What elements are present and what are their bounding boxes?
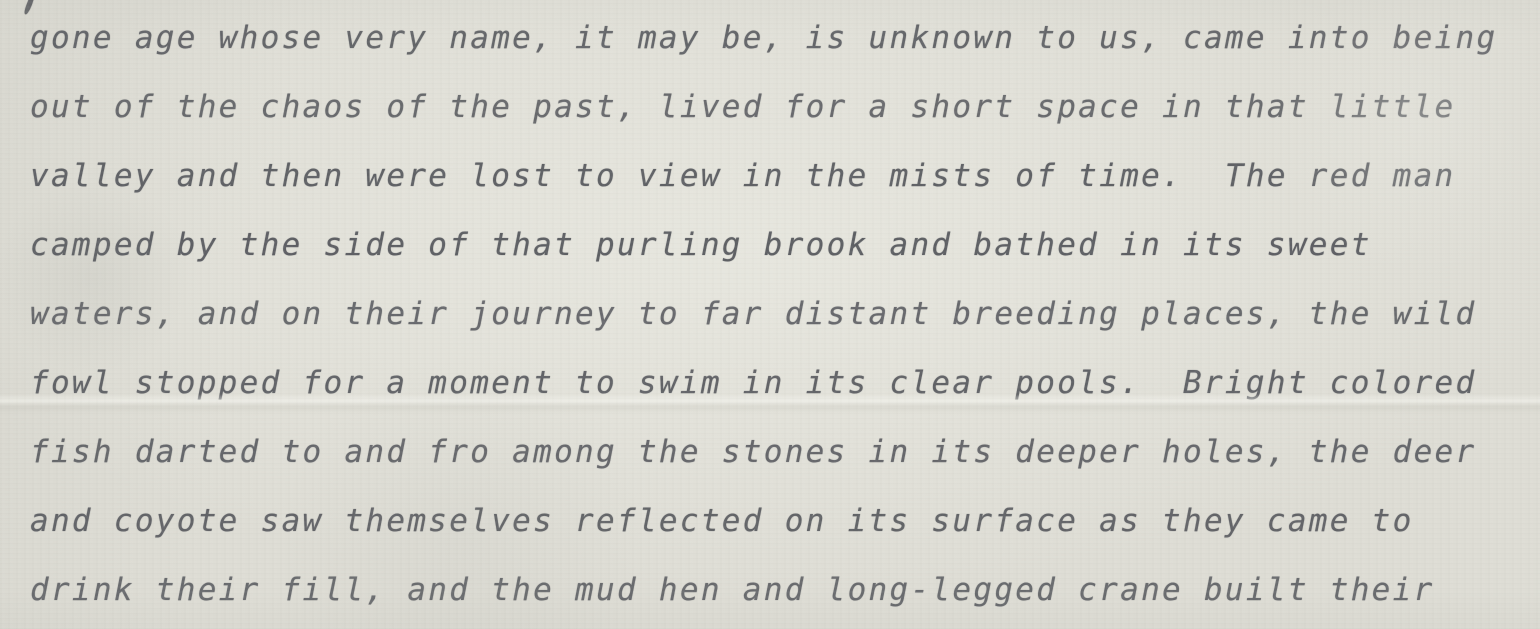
typewritten-line: out of the chaos of the past, lived for … (30, 73, 1497, 142)
typewritten-line: waters, and on their journey to far dist… (30, 280, 1497, 349)
text-block: gone age whose very name, it may be, is … (30, 4, 1497, 625)
typewritten-line: camped by the side of that purling brook… (30, 211, 1497, 280)
typewritten-line: drink their fill, and the mud hen and lo… (30, 556, 1497, 625)
typewritten-line: and coyote saw themselves reflected on i… (30, 487, 1497, 556)
typewritten-line: valley and then were lost to view in the… (30, 142, 1497, 211)
typewritten-line: gone age whose very name, it may be, is … (30, 4, 1497, 73)
typewritten-line: fish darted to and fro among the stones … (30, 418, 1497, 487)
typewritten-page: gone age whose very name, it may be, is … (0, 0, 1540, 629)
typewritten-line: fowl stopped for a moment to swim in its… (30, 349, 1497, 418)
